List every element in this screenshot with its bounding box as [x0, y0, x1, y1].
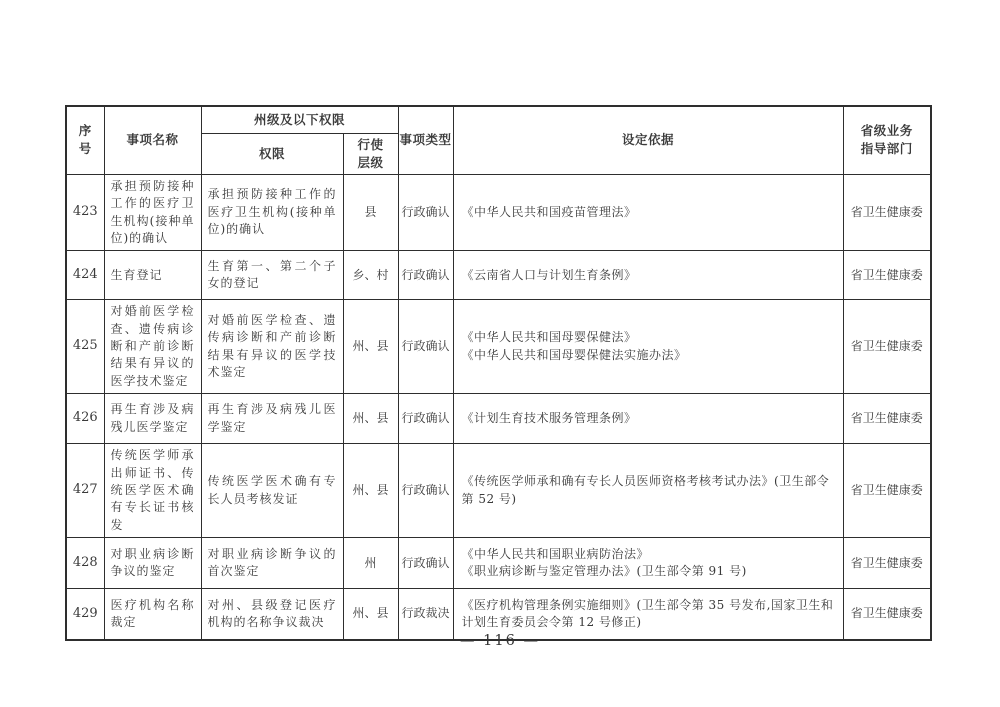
item-type-cell: 行政确认 — [398, 300, 453, 394]
guidance-dept-cell: 省卫生健康委 — [843, 300, 931, 394]
exercise-level-cell: 州、县 — [343, 394, 398, 444]
guidance-dept-cell: 省卫生健康委 — [843, 174, 931, 251]
item-type-cell: 行政确认 — [398, 394, 453, 444]
item-name-cell: 对婚前医学检查、遗传病诊断和产前诊断结果有异议的医学技术鉴定 — [104, 300, 201, 394]
row-index-cell: 424 — [66, 251, 104, 300]
authority-cell: 对婚前医学检查、遗传病诊断和产前诊断结果有异议的医学技术鉴定 — [201, 300, 343, 394]
guidance-dept-cell: 省卫生健康委 — [843, 251, 931, 300]
item-type-cell: 行政确认 — [398, 538, 453, 589]
row-index-cell: 428 — [66, 538, 104, 589]
item-name-cell: 对职业病诊断争议的鉴定 — [104, 538, 201, 589]
item-type-cell: 行政确认 — [398, 174, 453, 251]
table-row: 427 传统医学师承出师证书、传统医学医术确有专长证书核发 传统医学医术确有专长… — [66, 444, 931, 538]
row-index-cell: 425 — [66, 300, 104, 394]
exercise-level-cell: 县 — [343, 174, 398, 251]
authority-cell: 传统医学医术确有专长人员考核发证 — [201, 444, 343, 538]
exercise-level-cell: 乡、村 — [343, 251, 398, 300]
table-row: 423 承担预防接种工作的医疗卫生机构(接种单位)的确认 承担预防接种工作的医疗… — [66, 174, 931, 251]
table-row: 428 对职业病诊断争议的鉴定 对职业病诊断争议的首次鉴定 州 行政确认 《中华… — [66, 538, 931, 589]
row-index-cell: 423 — [66, 174, 104, 251]
item-name-cell: 生育登记 — [104, 251, 201, 300]
setting-basis-cell: 《中华人民共和国职业病防治法》 《职业病诊断与鉴定管理办法》(卫生部令第 91 … — [453, 538, 843, 589]
col-header-item-type: 事项类型 — [398, 106, 453, 174]
setting-basis-cell: 《计划生育技术服务管理条例》 — [453, 394, 843, 444]
item-name-cell: 再生育涉及病残儿医学鉴定 — [104, 394, 201, 444]
authority-cell: 生育第一、第二个子女的登记 — [201, 251, 343, 300]
document-page: 序 号 事项名称 州级及以下权限 事项类型 设定依据 省级业务 指导部门 权限 … — [0, 0, 1000, 707]
authority-cell: 对职业病诊断争议的首次鉴定 — [201, 538, 343, 589]
exercise-level-cell: 州 — [343, 538, 398, 589]
guidance-dept-cell: 省卫生健康委 — [843, 444, 931, 538]
guidance-dept-cell: 省卫生健康委 — [843, 394, 931, 444]
setting-basis-cell: 《传统医学师承和确有专长人员医师资格考核考试办法》(卫生部令第 52 号) — [453, 444, 843, 538]
authority-cell: 承担预防接种工作的医疗卫生机构(接种单位)的确认 — [201, 174, 343, 251]
col-header-authority-group: 州级及以下权限 — [201, 106, 398, 133]
col-header-authority: 权限 — [201, 133, 343, 174]
table-row: 426 再生育涉及病残儿医学鉴定 再生育涉及病残儿医学鉴定 州、县 行政确认 《… — [66, 394, 931, 444]
setting-basis-cell: 《云南省人口与计划生育条例》 — [453, 251, 843, 300]
row-index-cell: 426 — [66, 394, 104, 444]
item-type-cell: 行政确认 — [398, 444, 453, 538]
guidance-dept-cell: 省卫生健康委 — [843, 538, 931, 589]
item-type-cell: 行政确认 — [398, 251, 453, 300]
table-row: 425 对婚前医学检查、遗传病诊断和产前诊断结果有异议的医学技术鉴定 对婚前医学… — [66, 300, 931, 394]
row-index-cell: 427 — [66, 444, 104, 538]
col-header-item-name: 事项名称 — [104, 106, 201, 174]
authority-cell: 再生育涉及病残儿医学鉴定 — [201, 394, 343, 444]
exercise-level-cell: 州、县 — [343, 444, 398, 538]
setting-basis-cell: 《中华人民共和国母婴保健法》 《中华人民共和国母婴保健法实施办法》 — [453, 300, 843, 394]
col-header-setting-basis: 设定依据 — [453, 106, 843, 174]
col-header-guidance-dept: 省级业务 指导部门 — [843, 106, 931, 174]
item-name-cell: 传统医学师承出师证书、传统医学医术确有专长证书核发 — [104, 444, 201, 538]
col-header-index: 序 号 — [66, 106, 104, 174]
table-row: 424 生育登记 生育第一、第二个子女的登记 乡、村 行政确认 《云南省人口与计… — [66, 251, 931, 300]
authority-items-table: 序 号 事项名称 州级及以下权限 事项类型 设定依据 省级业务 指导部门 权限 … — [65, 105, 932, 641]
setting-basis-cell: 《中华人民共和国疫苗管理法》 — [453, 174, 843, 251]
page-number: — 116 — — [0, 633, 1000, 649]
item-name-cell: 承担预防接种工作的医疗卫生机构(接种单位)的确认 — [104, 174, 201, 251]
col-header-exercise-level: 行使 层级 — [343, 133, 398, 174]
exercise-level-cell: 州、县 — [343, 300, 398, 394]
